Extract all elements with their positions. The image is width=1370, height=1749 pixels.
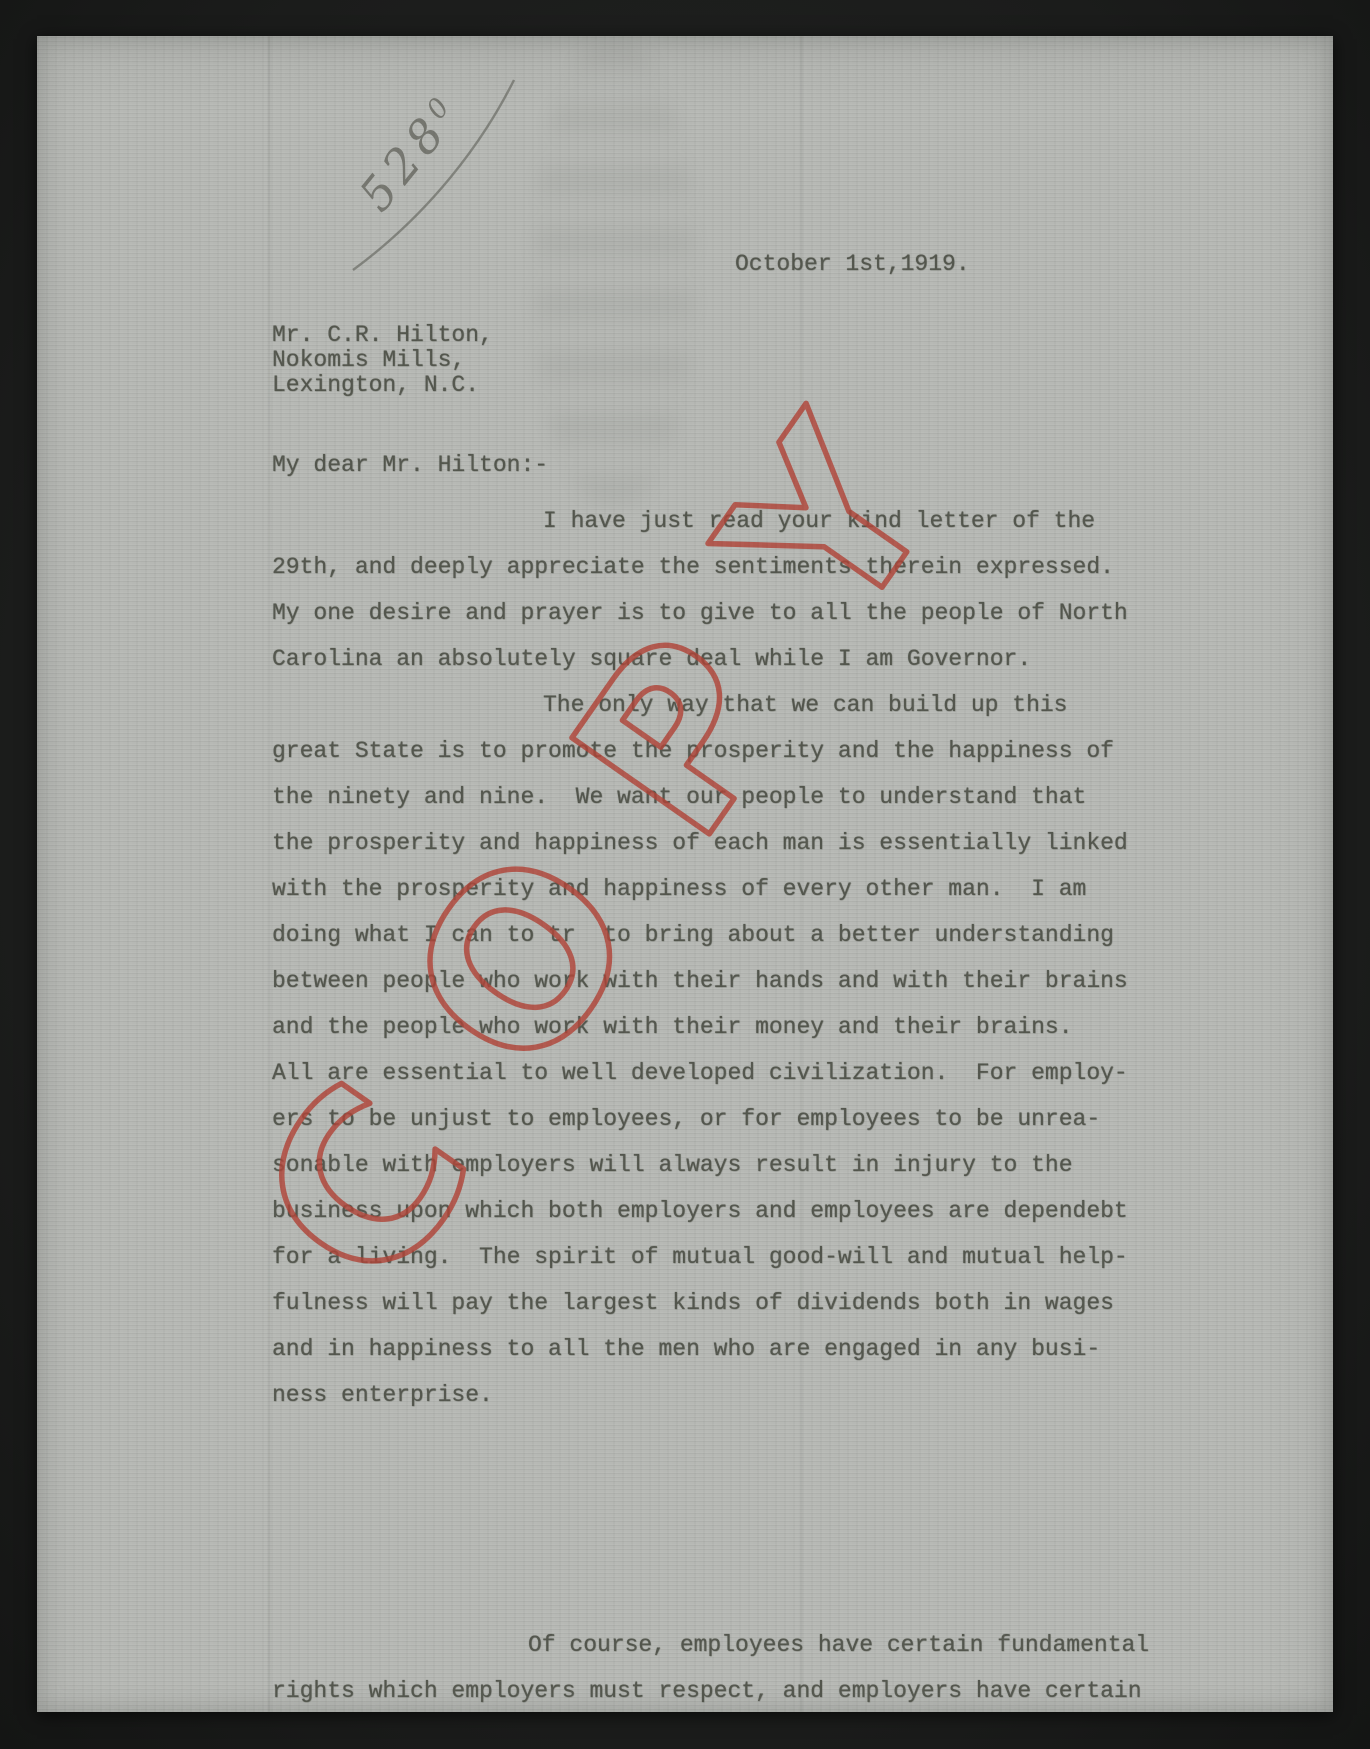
date-line: October 1st,1919. [735, 252, 970, 276]
body-line: ness enterprise. [272, 1372, 1128, 1418]
body-line: between people who work with their hands… [272, 958, 1128, 1004]
scan-background: 5280 October 1st,1919. Mr. C.R. Hilton, … [0, 0, 1370, 1749]
body-line: fulness will pay the largest kinds of di… [272, 1280, 1128, 1326]
body-line: 29th, and deeply appreciate the sentimen… [272, 544, 1128, 590]
body-line: business upon which both employers and e… [272, 1188, 1128, 1234]
letter-page: 5280 October 1st,1919. Mr. C.R. Hilton, … [37, 36, 1333, 1712]
body-line: and the people who work with their money… [272, 1004, 1128, 1050]
salutation: My dear Mr. Hilton:- [272, 453, 548, 477]
body-line: Of course, employees have certain fundam… [272, 1622, 1149, 1668]
body-line: rights which employers must respect, and… [272, 1668, 1149, 1714]
address-line-name: Mr. C.R. Hilton, [272, 323, 493, 348]
body-line: I have just read your kind letter of the [272, 498, 1128, 544]
body-line: ers to be unjust to employees, or for em… [272, 1096, 1128, 1142]
body-line: sonable with employers will always resul… [272, 1142, 1128, 1188]
body-line: the prosperity and happiness of each man… [272, 820, 1128, 866]
letter-body: I have just read your kind letter of the… [272, 498, 1128, 1418]
body-line: and in happiness to all the men who are … [272, 1326, 1128, 1372]
pencil-annotation: 5280 [349, 89, 470, 221]
body-line: My one desire and prayer is to give to a… [272, 590, 1128, 636]
body-line: Carolina an absolutely square deal while… [272, 636, 1128, 682]
address-line-company: Nokomis Mills, [272, 348, 493, 373]
body-line: the ninety and nine. We want our people … [272, 774, 1128, 820]
body-line: with the prosperity and happiness of eve… [272, 866, 1128, 912]
body-line: All are essential to well developed civi… [272, 1050, 1128, 1096]
body-line: The only way that we can build up this [272, 682, 1128, 728]
body-line: for a living. The spirit of mutual good-… [272, 1234, 1128, 1280]
bleed-through-smudge [534, 44, 694, 504]
address-line-city: Lexington, N.C. [272, 373, 493, 398]
body-line: doing what I can to tr to bring about a … [272, 912, 1128, 958]
paper-crease [268, 36, 270, 1712]
recipient-address: Mr. C.R. Hilton, Nokomis Mills, Lexingto… [272, 323, 493, 398]
letter-body-continued: Of course, employees have certain fundam… [272, 1622, 1149, 1714]
body-line: great State is to promote the prosperity… [272, 728, 1128, 774]
